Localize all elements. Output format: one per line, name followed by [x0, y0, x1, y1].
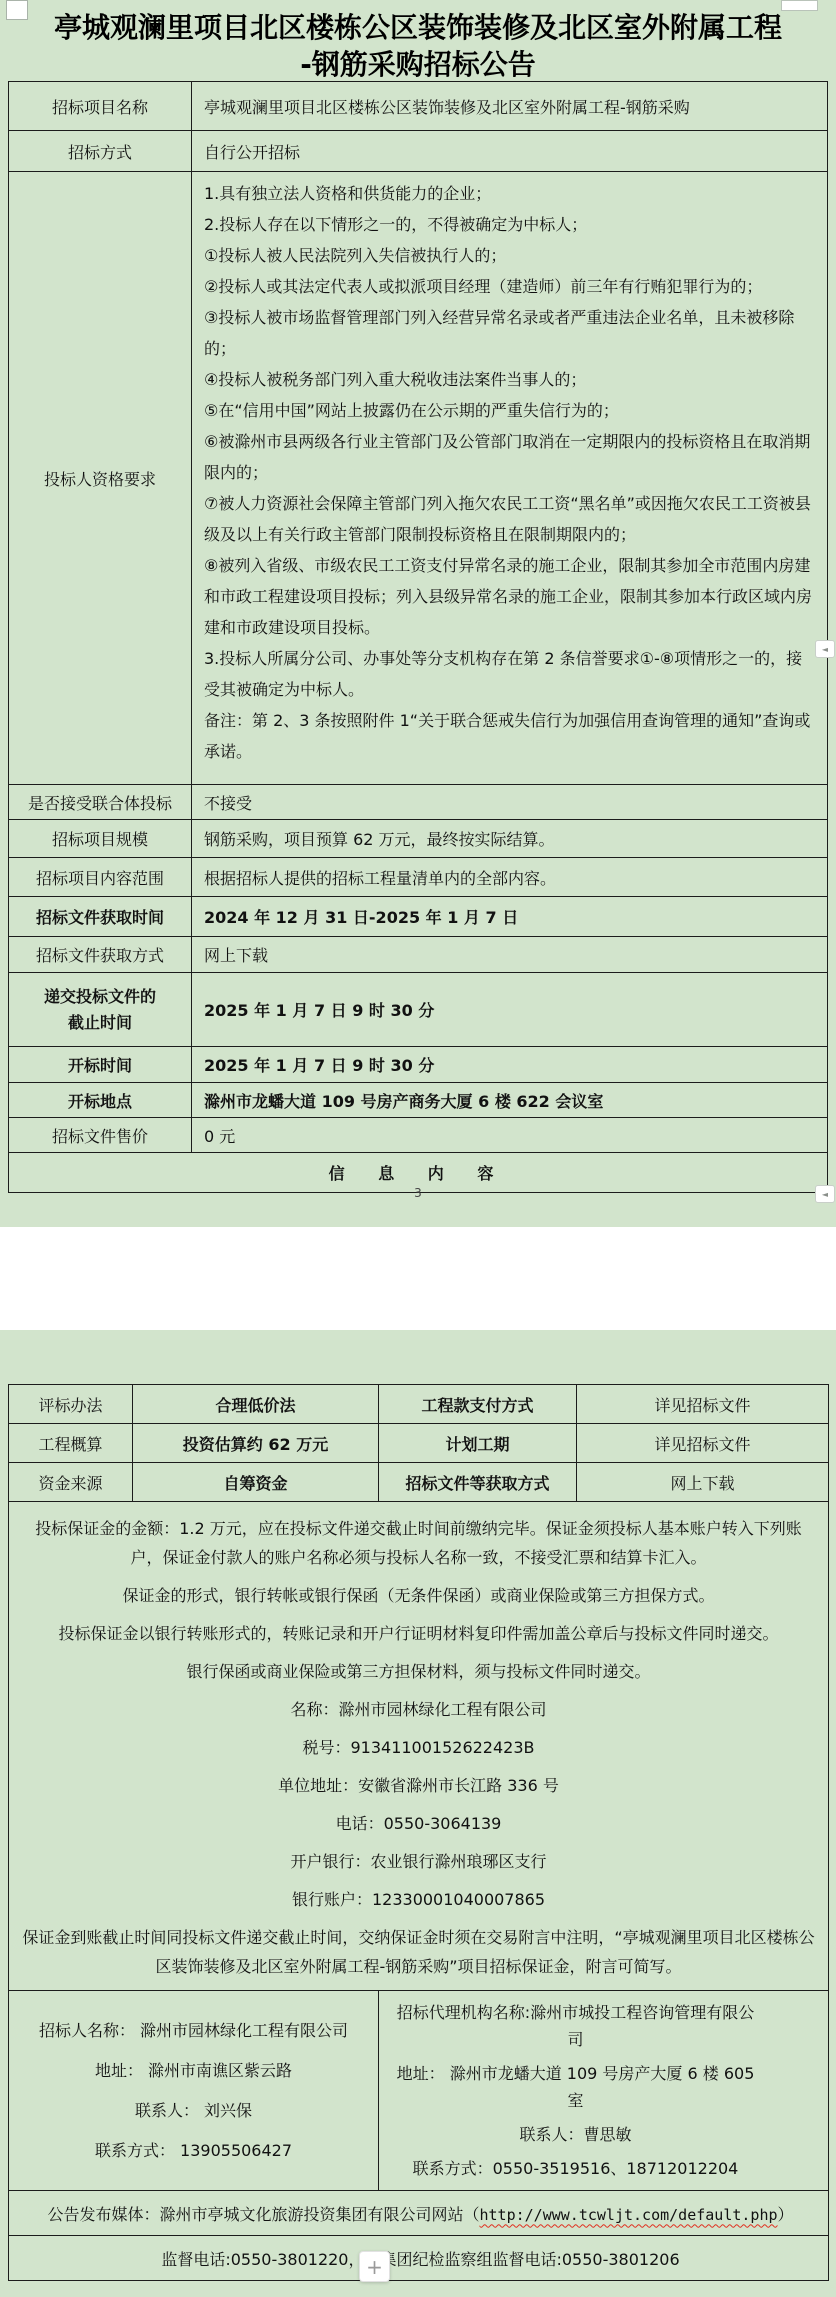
- page-title-line1: 亭城观澜里项目北区楼栋公区装饰装修及北区室外附属工程: [0, 9, 836, 46]
- tender-notice-table: 招标项目名称 亭城观澜里项目北区楼栋公区装饰装修及北区室外附属工程-钢筋采购 招…: [8, 81, 828, 1193]
- document-viewer: { "colors": { "page_bg": "#d2e4cc", "tab…: [0, 0, 836, 2297]
- qualification-line: ⑤在“信用中国”网站上披露仍在公示期的严重失信行为的；: [204, 395, 817, 426]
- tenderer-contact-person: 联系人： 刘兴保: [19, 2097, 368, 2125]
- deposit-paragraph: 投标保证金以银行转账形式的，转账记录和开户行证明材料复印件需加盖公章后与投标文件…: [21, 1619, 816, 1648]
- agency-name: 招标代理机构名称:滁州市城投工程咨询管理有限公司: [393, 1999, 758, 2053]
- table-row: 是否接受联合体投标 不接受: [9, 785, 828, 820]
- row-value: 亭城观澜里项目北区楼栋公区装饰装修及北区室外附属工程-钢筋采购: [192, 82, 828, 131]
- table-row: 招标文件获取时间 2024 年 12 月 31 日-2025 年 1 月 7 日: [9, 897, 828, 937]
- deposit-paragraph: 保证金的形式，银行转帐或银行保函（无条件保函）或商业保险或第三方担保方式。: [21, 1581, 816, 1610]
- table-row: 开标时间 2025 年 1 月 7 日 9 时 30 分: [9, 1047, 828, 1083]
- qualification-line: ③投标人被市场监督管理部门列入经营异常名录或者严重违法企业名单，且未被移除的；: [204, 302, 817, 364]
- deposit-paragraph: 投标保证金的金额：1.2 万元，应在投标文件递交截止时间前缴纳完毕。保证金须投标…: [21, 1514, 816, 1572]
- zoom-in-button[interactable]: +: [359, 2251, 390, 2282]
- table-row: 招标文件售价 0 元: [9, 1118, 828, 1153]
- row-label: 招标文件获取方式: [9, 937, 192, 973]
- supervision-phones: 监督电话:0550-3801220，驻集团纪检监察组监督电话:0550-3801…: [9, 2236, 829, 2281]
- table-row: 评标办法 合理低价法 工程款支付方式 详见招标文件: [9, 1385, 829, 1424]
- qualification-cell: 1.具有独立法人资格和供货能力的企业； 2.投标人存在以下情形之一的，不得被确定…: [192, 172, 828, 785]
- page-break-gap: [0, 1227, 836, 1330]
- tenderer-phone: 联系方式： 13905506427: [19, 2137, 368, 2165]
- grid-cell: 自筹资金: [133, 1463, 379, 1502]
- grid-cell: 资金来源: [9, 1463, 133, 1502]
- deposit-paragraph: 开户银行：农业银行滁州琅琊区支行: [21, 1847, 816, 1876]
- page-title-line2: -钢筋采购招标公告: [0, 46, 836, 83]
- row-label: 开标时间: [9, 1047, 192, 1083]
- tenderer-address: 地址： 滁州市南谯区紫云路: [19, 2057, 368, 2085]
- row-value: 2025 年 1 月 7 日 9 时 30 分: [192, 1047, 828, 1083]
- table-row: 工程概算 投资估算约 62 万元 计划工期 详见招标文件: [9, 1424, 829, 1463]
- agency-phone: 联系方式：0550-3519516、18712012204: [393, 2155, 758, 2182]
- deposit-text: 投标保证金的金额：1.2 万元，应在投标文件递交截止时间前缴纳完毕。保证金须投标…: [21, 1514, 816, 1978]
- row-value: 钢筋采购，项目预算 62 万元，最终按实际结算。: [192, 820, 828, 858]
- table-row: 招标方式 自行公开招标: [9, 131, 828, 172]
- page-title: 亭城观澜里项目北区楼栋公区装饰装修及北区室外附属工程 -钢筋采购招标公告: [0, 9, 836, 83]
- deposit-paragraph: 名称：滁州市园林绿化工程有限公司: [21, 1695, 816, 1724]
- row-value: 自行公开招标: [192, 131, 828, 172]
- scroll-left-icon[interactable]: ◄: [815, 1185, 835, 1203]
- row-value: 不接受: [192, 785, 828, 820]
- table-row: 招标项目规模 钢筋采购，项目预算 62 万元，最终按实际结算。: [9, 820, 828, 858]
- row-value: 滁州市龙蟠大道 109 号房产商务大厦 6 楼 622 会议室: [192, 1083, 828, 1118]
- deposit-paragraph: 税号：91341100152622423B: [21, 1733, 816, 1762]
- row-label: 招标项目内容范围: [9, 858, 192, 897]
- deposit-paragraph: 电话：0550-3064139: [21, 1809, 816, 1838]
- supervision-row: 监督电话:0550-3801220，驻集团纪检监察组监督电话:0550-3801…: [9, 2236, 829, 2281]
- row-value: 0 元: [192, 1118, 828, 1153]
- table-row: 招标文件获取方式 网上下载: [9, 937, 828, 973]
- row-value: 2024 年 12 月 31 日-2025 年 1 月 7 日: [192, 897, 828, 937]
- deposit-paragraph: 保证金到账截止时间同投标文件递交截止时间，交纳保证金时须在交易附言中注明，“亭城…: [21, 1923, 816, 1978]
- deposit-paragraph: 银行账户：12330001040007865: [21, 1885, 816, 1914]
- qualification-line: 备注：第 2、3 条按照附件 1“关于联合惩戒失信行为加强信用查询管理的通知”查…: [204, 705, 817, 767]
- row-label: 开标地点: [9, 1083, 192, 1118]
- qualification-line: ⑦被人力资源社会保障主管部门列入拖欠农民工工资“黑名单”或因拖欠农民工工资被县级…: [204, 488, 817, 550]
- tenderer-contact-cell: 招标人名称： 滁州市园林绿化工程有限公司 地址： 滁州市南谯区紫云路 联系人： …: [9, 1991, 379, 2191]
- deposit-row: 投标保证金的金额：1.2 万元，应在投标文件递交截止时间前缴纳完毕。保证金须投标…: [9, 1502, 829, 1991]
- grid-cell: 网上下载: [577, 1463, 829, 1502]
- row-label: 投标人资格要求: [9, 172, 192, 785]
- agency-contact-person: 联系人：曹思敏: [393, 2121, 758, 2148]
- table-row: 开标地点 滁州市龙蟠大道 109 号房产商务大厦 6 楼 622 会议室: [9, 1083, 828, 1118]
- grid-cell: 招标文件等获取方式: [379, 1463, 577, 1502]
- tender-summary-table: 评标办法 合理低价法 工程款支付方式 详见招标文件 工程概算 投资估算约 62 …: [8, 1384, 829, 2281]
- grid-cell: 投资估算约 62 万元: [133, 1424, 379, 1463]
- qualification-line: ②投标人或其法定代表人或拟派项目经理（建造师）前三年有行贿犯罪行为的；: [204, 271, 817, 302]
- tenderer-name: 招标人名称： 滁州市园林绿化工程有限公司: [19, 2017, 368, 2045]
- qualification-line: 3.投标人所属分公司、办事处等分支机构存在第 2 条信誉要求①-⑧项情形之一的，…: [204, 643, 817, 705]
- row-label: 是否接受联合体投标: [9, 785, 192, 820]
- table-row: 招标项目名称 亭城观澜里项目北区楼栋公区装饰装修及北区室外附属工程-钢筋采购: [9, 82, 828, 131]
- row-value: 网上下载: [192, 937, 828, 973]
- qualification-line: 1.具有独立法人资格和供货能力的企业；: [204, 178, 817, 209]
- announcement-media-prefix: 公告发布媒体：滁州市亭城文化旅游投资集团有限公司网站（: [47, 2205, 479, 2224]
- grid-cell: 详见招标文件: [577, 1385, 829, 1424]
- grid-cell: 合理低价法: [133, 1385, 379, 1424]
- qualification-line: ⑧被列入省级、市级农民工工资支付异常名录的施工企业，限制其参加全市范围内房建和市…: [204, 550, 817, 643]
- row-label: 递交投标文件的 截止时间: [9, 973, 192, 1047]
- qualification-row: 投标人资格要求 1.具有独立法人资格和供货能力的企业； 2.投标人存在以下情形之…: [9, 172, 828, 785]
- deposit-paragraph: 银行保函或商业保险或第三方担保材料，须与投标文件同时递交。: [21, 1657, 816, 1686]
- qualification-line: 2.投标人存在以下情形之一的，不得被确定为中标人；: [204, 209, 817, 240]
- grid-cell: 评标办法: [9, 1385, 133, 1424]
- scroll-left-icon[interactable]: ◄: [815, 640, 835, 658]
- deposit-paragraph: 单位地址：安徽省滁州市长江路 336 号: [21, 1771, 816, 1800]
- qualification-line: ⑥被滁州市县两级各行业主管部门及公管部门取消在一定期限内的投标资格且在取消期限内…: [204, 426, 817, 488]
- row-label: 招标项目规模: [9, 820, 192, 858]
- page-number: 3: [0, 1186, 836, 1200]
- row-label: 招标文件售价: [9, 1118, 192, 1153]
- announcement-media-suffix: ）: [778, 2205, 794, 2224]
- row-label: 招标项目名称: [9, 82, 192, 131]
- grid-cell: 详见招标文件: [577, 1424, 829, 1463]
- qualification-line: ①投标人被人民法院列入失信被执行人的；: [204, 240, 817, 271]
- announcement-media-cell: 公告发布媒体：滁州市亭城文化旅游投资集团有限公司网站（http://www.tc…: [9, 2191, 829, 2236]
- row-value: 2025 年 1 月 7 日 9 时 30 分: [192, 973, 828, 1047]
- table-row: 递交投标文件的 截止时间 2025 年 1 月 7 日 9 时 30 分: [9, 973, 828, 1047]
- qualification-line: ④投标人被税务部门列入重大税收违法案件当事人的；: [204, 364, 817, 395]
- qualification-text: 1.具有独立法人资格和供货能力的企业； 2.投标人存在以下情形之一的，不得被确定…: [204, 178, 817, 778]
- table-row: 资金来源 自筹资金 招标文件等获取方式 网上下载: [9, 1463, 829, 1502]
- row-label: 招标文件获取时间: [9, 897, 192, 937]
- grid-cell: 计划工期: [379, 1424, 577, 1463]
- contacts-row: 招标人名称： 滁州市园林绿化工程有限公司 地址： 滁州市南谯区紫云路 联系人： …: [9, 1991, 829, 2191]
- grid-cell: 工程款支付方式: [379, 1385, 577, 1424]
- announcement-media-row: 公告发布媒体：滁州市亭城文化旅游投资集团有限公司网站（http://www.tc…: [9, 2191, 829, 2236]
- table-row: 招标项目内容范围 根据招标人提供的招标工程量清单内的全部内容。: [9, 858, 828, 897]
- agency-address: 地址： 滁州市龙蟠大道 109 号房产大厦 6 楼 605 室: [393, 2060, 758, 2114]
- row-label: 招标方式: [9, 131, 192, 172]
- row-label-line1: 递交投标文件的: [19, 984, 181, 1010]
- agency-contact-cell: 招标代理机构名称:滁州市城投工程咨询管理有限公司 地址： 滁州市龙蟠大道 109…: [379, 1991, 829, 2191]
- deposit-cell: 投标保证金的金额：1.2 万元，应在投标文件递交截止时间前缴纳完毕。保证金须投标…: [9, 1502, 829, 1991]
- website-link[interactable]: http://www.tcwljt.com/default.php: [479, 2206, 777, 2224]
- row-value: 根据招标人提供的招标工程量清单内的全部内容。: [192, 858, 828, 897]
- row-label-line2: 截止时间: [19, 1010, 181, 1036]
- grid-cell: 工程概算: [9, 1424, 133, 1463]
